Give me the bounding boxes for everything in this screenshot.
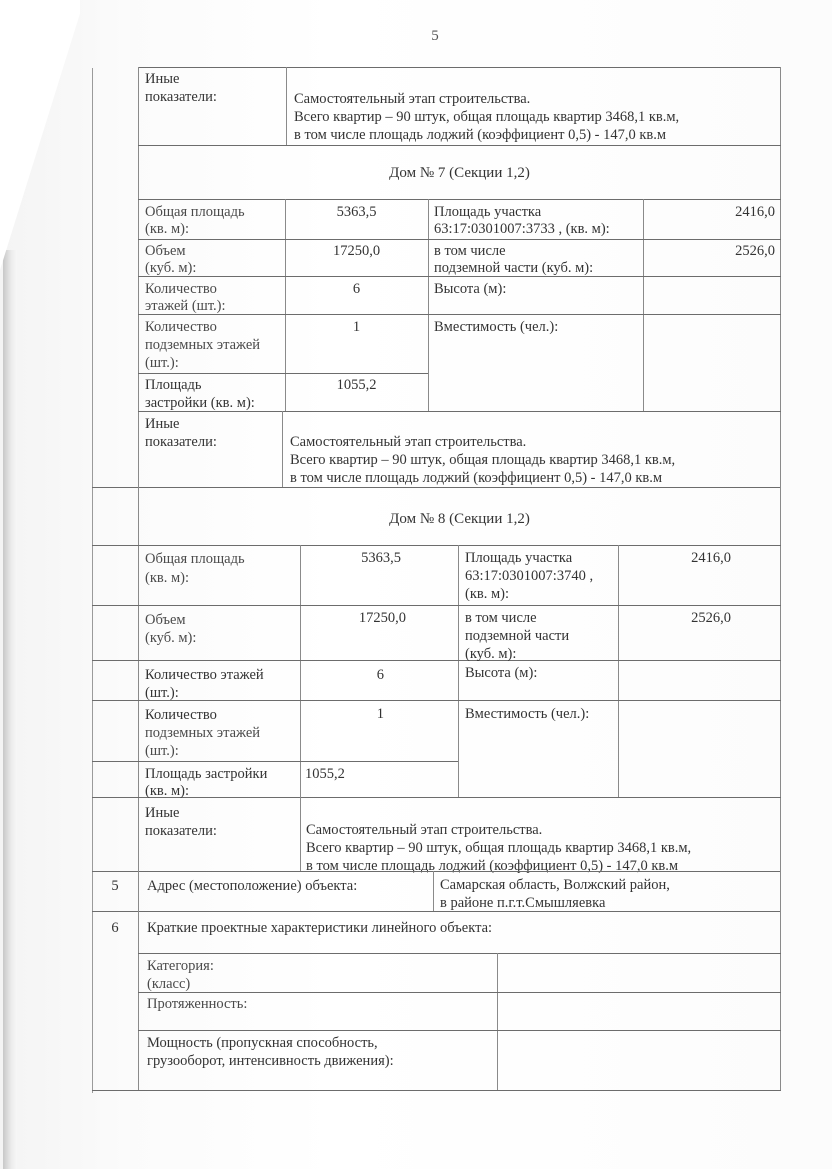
- built-area-value: 1055,2: [305, 765, 345, 783]
- volume-value: 17250,0: [300, 609, 406, 627]
- plot-value: 2416,0: [618, 549, 731, 567]
- volume-label: (куб. м):: [145, 259, 196, 277]
- category-label: (класс): [147, 975, 190, 993]
- capacity-label: грузооборот, интенсивность движения):: [147, 1052, 394, 1070]
- underground-volume-label: подземной части: [465, 627, 569, 645]
- prev-other-label-2: показатели:: [145, 88, 217, 106]
- capacity-label: Вместимость (чел.):: [465, 705, 589, 723]
- plot-label: 63:17:0301007:3740 ,: [465, 567, 593, 585]
- plot-label: Площадь участка: [465, 549, 572, 567]
- underground-floors-label: (шт.):: [145, 742, 179, 760]
- underground-floors-value: 1: [285, 318, 428, 336]
- underground-floors-label: Количество: [145, 318, 217, 336]
- underground-floors-label: (шт.):: [145, 354, 179, 372]
- built-area-label: застройки (кв. м):: [145, 394, 255, 412]
- total-area-label: Общая площадь: [145, 550, 245, 568]
- address-label: Адрес (местоположение) объекта:: [147, 877, 357, 895]
- underground-volume-label: в том числе: [434, 242, 506, 260]
- underground-volume-label: подземной части (куб. м):: [434, 259, 593, 277]
- category-label: Категория:: [147, 957, 214, 975]
- underground-volume-label: (куб. м):: [465, 645, 516, 663]
- built-area-label: Площадь застройки: [145, 765, 267, 783]
- page-edge-shadow: [3, 250, 17, 1169]
- other-line: Самостоятельный этап строительства.: [290, 433, 526, 451]
- plot-value: 2416,0: [643, 203, 775, 221]
- margin-line: [92, 68, 93, 1093]
- floors-label: (шт.):: [145, 684, 179, 702]
- other-label: Иные: [145, 804, 179, 822]
- other-label: показатели:: [145, 822, 217, 840]
- plot-label: 63:17:0301007:3733 , (кв. м):: [434, 220, 610, 238]
- volume-label: Объем: [145, 611, 186, 629]
- other-line: Самостоятельный этап строительства.: [306, 821, 542, 839]
- other-line: Всего квартир – 90 штук, общая площадь к…: [306, 839, 691, 857]
- capacity-label: Мощность (пропускная способность,: [147, 1034, 378, 1052]
- other-line: в том числе площадь лоджий (коэффициент …: [306, 857, 678, 875]
- underground-volume-value: 2526,0: [618, 609, 731, 627]
- length-label: Протяженность:: [147, 995, 247, 1013]
- floors-label: этажей (шт.):: [145, 297, 226, 315]
- address-value: Самарская область, Волжский район,: [440, 876, 670, 894]
- prev-other-label-1: Иные: [145, 70, 179, 88]
- built-area-label: (кв. м):: [145, 782, 189, 800]
- built-area-label: Площадь: [145, 376, 202, 394]
- plot-label: Площадь участка: [434, 203, 541, 221]
- floors-label: Количество этажей: [145, 666, 264, 684]
- prev-other-line: Всего квартир – 90 штук, общая площадь к…: [294, 108, 679, 126]
- prev-other-line: Самостоятельный этап строительства.: [294, 90, 530, 108]
- built-area-value: 1055,2: [285, 376, 428, 394]
- height-label: Высота (м):: [465, 664, 537, 682]
- row-number: 5: [92, 877, 138, 895]
- prev-other-line: в том числе площадь лоджий (коэффициент …: [294, 126, 666, 144]
- underground-volume-label: в том числе: [465, 609, 537, 627]
- total-area-label: (кв. м):: [145, 569, 189, 587]
- plot-label: (кв. м):: [465, 585, 509, 603]
- underground-volume-value: 2526,0: [643, 242, 775, 260]
- house-title: Дом № 7 (Секции 1,2): [138, 164, 781, 182]
- total-area-label: Общая площадь: [145, 203, 245, 221]
- total-area-label: (кв. м):: [145, 220, 189, 238]
- height-label: Высота (м):: [434, 280, 506, 298]
- row-number: 6: [92, 919, 138, 937]
- underground-floors-label: подземных этажей: [145, 336, 260, 354]
- total-area-value: 5363,5: [300, 549, 401, 567]
- page-number: 5: [0, 28, 832, 45]
- other-line: в том числе площадь лоджий (коэффициент …: [290, 469, 662, 487]
- floors-value: 6: [300, 666, 384, 684]
- floors-label: Количество: [145, 280, 217, 298]
- volume-label: (куб. м):: [145, 629, 196, 647]
- total-area-value: 5363,5: [285, 203, 428, 221]
- other-line: Всего квартир – 90 штук, общая площадь к…: [290, 451, 675, 469]
- volume-value: 17250,0: [285, 242, 428, 260]
- volume-label: Объем: [145, 242, 186, 260]
- linear-object-label: Краткие проектные характеристики линейно…: [147, 919, 492, 937]
- address-value: в районе п.г.т.Смышляевка: [440, 894, 605, 912]
- capacity-label: Вместимость (чел.):: [434, 318, 558, 336]
- other-label: Иные: [145, 415, 179, 433]
- house-title: Дом № 8 (Секции 1,2): [138, 510, 781, 528]
- other-label: показатели:: [145, 433, 217, 451]
- underground-floors-label: подземных этажей: [145, 724, 260, 742]
- floors-value: 6: [285, 280, 428, 298]
- underground-floors-label: Количество: [145, 706, 217, 724]
- underground-floors-value: 1: [300, 705, 384, 723]
